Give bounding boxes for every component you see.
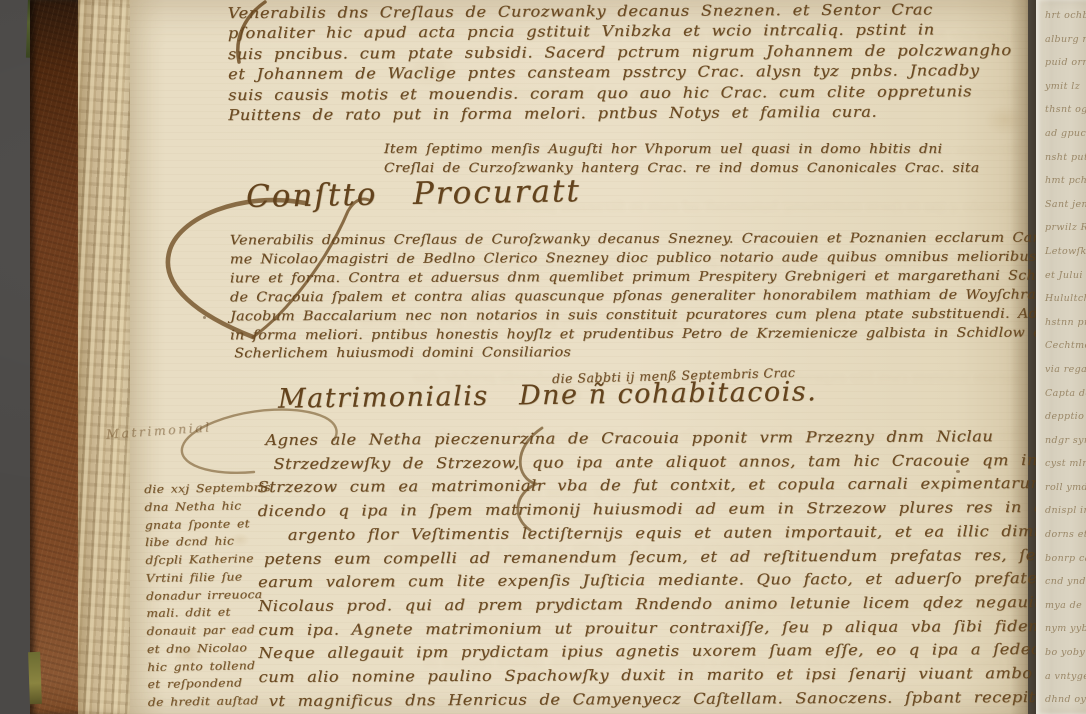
- facing-text-fragment: Sant jemba: [1045, 193, 1086, 217]
- facing-text-fragment: hrt ochb: [1045, 4, 1086, 28]
- facing-text-fragment: bonrp cag: [1045, 547, 1086, 571]
- facing-text-fragment: Hulultch: [1045, 287, 1086, 311]
- facing-text-fragment: Letowſk gsty: [1045, 240, 1086, 264]
- facing-text-fragment: nym yyby: [1045, 617, 1086, 641]
- ink-speck: [956, 470, 960, 473]
- section-heading-consilio: Conſtto Procuratt: [246, 173, 581, 215]
- facing-text-fragment: a vntyget: [1045, 665, 1086, 689]
- paragraph-procuratorium: Venerabilis dominus Creſlaus de Curoſzwa…: [230, 230, 1030, 365]
- facing-text-fragment: bo yoby hm: [1045, 641, 1086, 665]
- manuscript-scan: Agnes ale Netha pieczenurzina de Cracoui…: [0, 0, 1086, 714]
- facing-text-fragment: dhnd oyrm: [1045, 688, 1086, 712]
- facing-text-fragment: cyst mlnpnt: [1045, 452, 1086, 476]
- page-edge-deckle: [78, 0, 136, 714]
- facing-text-fragment: nsht putb: [1045, 146, 1086, 170]
- facing-page-edge: hrt ochbalburg nipuid ornymit lzthsnt og…: [1036, 0, 1086, 714]
- facing-text-fragment: ndgr symga: [1045, 429, 1086, 453]
- facing-text-fragment: dnispl imdo: [1045, 499, 1086, 523]
- facing-page-text-column: hrt ochbalburg nipuid ornymit lzthsnt og…: [1045, 4, 1086, 712]
- spine-headband-bottom: [28, 652, 42, 704]
- facing-text-fragment: depptio pht: [1045, 405, 1086, 429]
- facing-text-fragment: Cechtmo ycg: [1045, 334, 1086, 358]
- facing-text-fragment: et Jului turf: [1045, 264, 1086, 288]
- facing-text-fragment: hmt pchb: [1045, 169, 1086, 193]
- facing-text-fragment: alburg ni: [1045, 28, 1086, 52]
- marginal-note: die xxj Septembrisdna Netha hicgnata ſpo…: [144, 479, 268, 712]
- facing-text-fragment: dorns et jan: [1045, 523, 1086, 547]
- facing-text-fragment: Capta de yrm: [1045, 382, 1086, 406]
- facing-text-fragment: ymit lz: [1045, 75, 1086, 99]
- ink-speck: [203, 316, 206, 319]
- gutter-shadow: [1010, 0, 1036, 714]
- facing-text-fragment: via rega dbr: [1045, 358, 1086, 382]
- facing-text-fragment: roll ymdo: [1045, 476, 1086, 500]
- facing-text-fragment: prwilz Rom: [1045, 216, 1086, 240]
- facing-text-fragment: mya de bhnp: [1045, 594, 1086, 618]
- item-date-note: Item ſeptimo menſis Auguſti hor Vhporum …: [384, 140, 1004, 178]
- facing-text-fragment: hstnn prglm: [1045, 311, 1086, 335]
- facing-text-fragment: puid orn: [1045, 51, 1086, 75]
- handwritten-line: vt magnificus dns Henricus de Camyenyecz…: [269, 685, 1086, 713]
- paragraph-matrimonial-case: Agnes ale Netha pieczenurzina de Cracoui…: [257, 425, 1044, 714]
- facing-text-fragment: cnd ynde pbg: [1045, 570, 1086, 594]
- book-spine-leather: [30, 0, 82, 714]
- handwritten-line: Item ſeptimo menſis Auguſti hor Vhporum …: [384, 140, 1054, 159]
- facing-text-fragment: thsnt og: [1045, 98, 1086, 122]
- facing-text-fragment: ad gpuch: [1045, 122, 1086, 146]
- handwritten-line: Scherlichem huiusmodi domini Consiliario…: [234, 343, 1086, 365]
- paragraph-notarial-act: Venerabilis dns Creſlaus de Curozwanky d…: [228, 0, 1037, 126]
